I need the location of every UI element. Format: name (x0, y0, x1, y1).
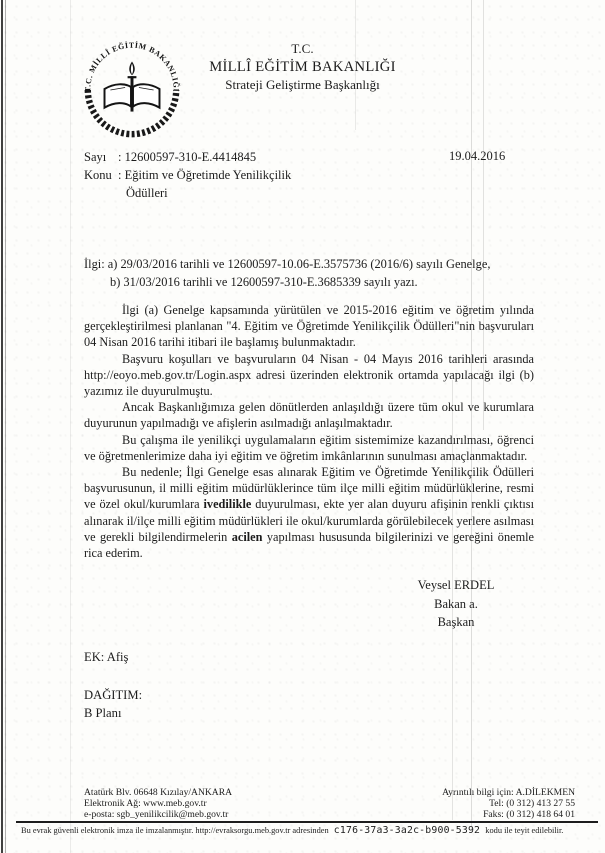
republic-label: T.C. (0, 40, 605, 58)
ministry-name: MİLLÎ EĞİTİM BAKANLIĞI (0, 58, 605, 76)
distribution-value: B Planı (84, 704, 142, 722)
paragraph-3: Ancak Başkanlığımıza gelen dönütlerden a… (84, 399, 534, 431)
scan-artifact-line (70, 0, 71, 853)
paragraph-4: Bu çalışma ile yenilikçi uygulamaların e… (84, 432, 534, 464)
document-date: 19.04.2016 (449, 149, 505, 164)
signer-name: Veysel ERDEL (388, 576, 524, 595)
paragraph-1: İlgi (a) Genelge kapsamında yürütülen ve… (84, 302, 534, 351)
e-signature-verification-line: Bu evrak güvenli elektronik imza ile imz… (21, 825, 599, 836)
sayi-value: : 12600597-310-E.4414845 (118, 150, 256, 164)
letter-body: İlgi (a) Genelge kapsamında yürütülen ve… (84, 302, 534, 561)
scan-edge-line (5, 0, 6, 853)
distribution-label: DAĞITIM: (84, 686, 142, 704)
footer-contact-block: Ayrıntılı bilgi için: A.DİLEKMEN Tel: (0… (395, 787, 575, 820)
document-meta: Sayı: 12600597-310-E.4414845 Konu: Eğiti… (84, 148, 291, 202)
attachment-line: EK: Afiş (84, 650, 128, 665)
footer-address-block: Atatürk Blv. 06648 Kızılay/ANKARA Elektr… (84, 787, 232, 820)
paragraph-5: Bu nedenle; İlgi Genelge esas alınarak E… (84, 464, 534, 561)
signer-title-2: Başkan (388, 613, 524, 632)
footer-contact-person: Ayrıntılı bilgi için: A.DİLEKMEN (395, 787, 575, 798)
verification-prefix: Bu evrak güvenli elektronik imza ile imz… (21, 826, 329, 835)
scanned-letter-page: T.C. MİLLİ EĞİTİM BAKANLIĞI T.C. MİLLÎ E… (0, 0, 605, 853)
konu-row: Konu: Eğitim ve Öğretimde Yenilikçilik (84, 166, 291, 184)
konu-row-line2: Ödülleri (84, 184, 291, 202)
distribution-block: DAĞITIM: B Planı (84, 686, 142, 722)
paragraph-5-emphasis-1: ivedilikle (204, 497, 252, 511)
paragraph-5-emphasis-2: acilen (232, 530, 263, 544)
scan-edge-line (1, 0, 3, 853)
letterhead: T.C. MİLLÎ EĞİTİM BAKANLIĞI Strateji Gel… (0, 40, 605, 94)
references-block: İlgi: a) 29/03/2016 tarihli ve 12600597-… (84, 256, 554, 291)
konu-value: : Eğitim ve Öğretimde Yenilikçilik (118, 168, 291, 182)
verification-suffix: kodu ile teyit edilebilir. (485, 826, 563, 835)
konu-label: Konu (84, 166, 118, 184)
reference-line-b: b) 31/03/2016 tarihli ve 12600597-310-E.… (84, 274, 554, 292)
footer-web: Elektronik Ağ: www.meb.gov.tr (84, 798, 232, 809)
reference-line-a: İlgi: a) 29/03/2016 tarihli ve 12600597-… (84, 256, 554, 274)
verification-code: c176-37a3-3a2c-b900-5392 (331, 825, 483, 836)
footer-divider (16, 821, 598, 823)
paragraph-2: Başvuru koşulları ve başvuruların 04 Nis… (84, 351, 534, 400)
signer-title-1: Bakan a. (388, 595, 524, 614)
department-name: Strateji Geliştirme Başkanlığı (0, 76, 605, 94)
sayi-row: Sayı: 12600597-310-E.4414845 (84, 148, 291, 166)
footer-fax: Faks: (0 312) 418 64 01 (395, 809, 575, 820)
signature-block: Veysel ERDEL Bakan a. Başkan (388, 576, 524, 632)
footer-email: e-posta: sgb_yenilikcilik@meb.gov.tr (84, 809, 232, 820)
footer-tel: Tel: (0 312) 413 27 55 (395, 798, 575, 809)
sayi-label: Sayı (84, 148, 118, 166)
footer-address: Atatürk Blv. 06648 Kızılay/ANKARA (84, 787, 232, 798)
